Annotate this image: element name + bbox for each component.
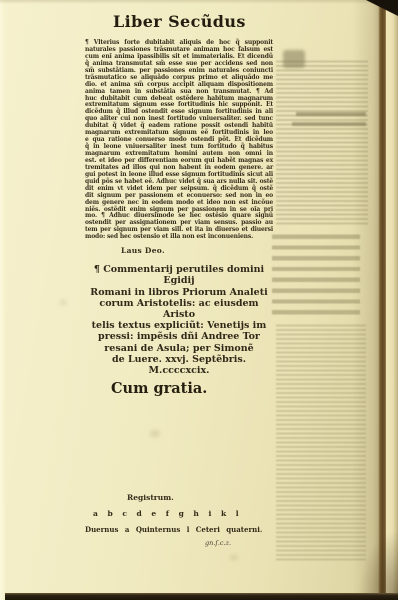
cum-gratia-line: Cum gratia. <box>111 380 207 397</box>
laus-deo-line: Laus Deo. <box>121 246 165 255</box>
colophon-line: Romani in libros Priorum Analeti <box>85 287 273 298</box>
body-text-line: modo: sed hec ostensio et illa non est i… <box>85 234 273 241</box>
page-corner-curl-shadow <box>358 530 398 594</box>
show-through-colophon <box>272 228 360 320</box>
body-paragraph: ¶ Vlterius forte dubitabit aliquis de ho… <box>85 40 273 241</box>
paper-speckle <box>60 300 66 305</box>
underlying-page-edge <box>386 0 398 600</box>
show-through-initial-blob <box>283 50 305 68</box>
colophon-line: pressi: impẽsis dñi Andree Tor <box>85 331 273 342</box>
running-title: Liber Secũdus <box>113 12 246 31</box>
colophon-line: M.ccccxcix. <box>85 365 273 376</box>
scan-bottom-edge <box>5 593 398 600</box>
paper-top-edge <box>0 0 398 4</box>
page-curvature-shadow <box>352 0 382 600</box>
text-column: Liber Secũdus ¶ Vlterius forte dubitabit… <box>85 12 273 547</box>
colophon-line: de Luere. xxvj. Septẽbris. <box>85 354 273 365</box>
registrum-quire-letters: a b c d e f g h i k l <box>93 509 240 518</box>
paper-speckle <box>230 555 238 560</box>
page-edge-line <box>379 0 386 600</box>
scanned-book-page: Liber Secũdus ¶ Vlterius forte dubitabit… <box>0 0 398 600</box>
colophon-line: resani de Asula; per Simonẽ <box>85 343 273 354</box>
colophon-line: corum Aristotelis: ac eiusdem Aristo <box>85 298 273 320</box>
paper-left-edge <box>0 0 6 600</box>
registrum-title: Registrum. <box>127 493 174 502</box>
quire-signature-mark: gn.ſ.c.z. <box>205 539 231 547</box>
registrum-section: Registrum. a b c d e f g h i k l Duernus… <box>85 493 273 547</box>
colophon-line: ¶ Commentarij perutiles domini Egidij <box>85 264 273 286</box>
colophon: ¶ Commentarij perutiles domini EgidijRom… <box>85 264 273 376</box>
colophon-line: telis textus expliciũt: Venetijs im <box>85 320 273 331</box>
registrum-collation-note: Duernus a Quinternus l Ceteri quaterni. <box>85 525 262 534</box>
